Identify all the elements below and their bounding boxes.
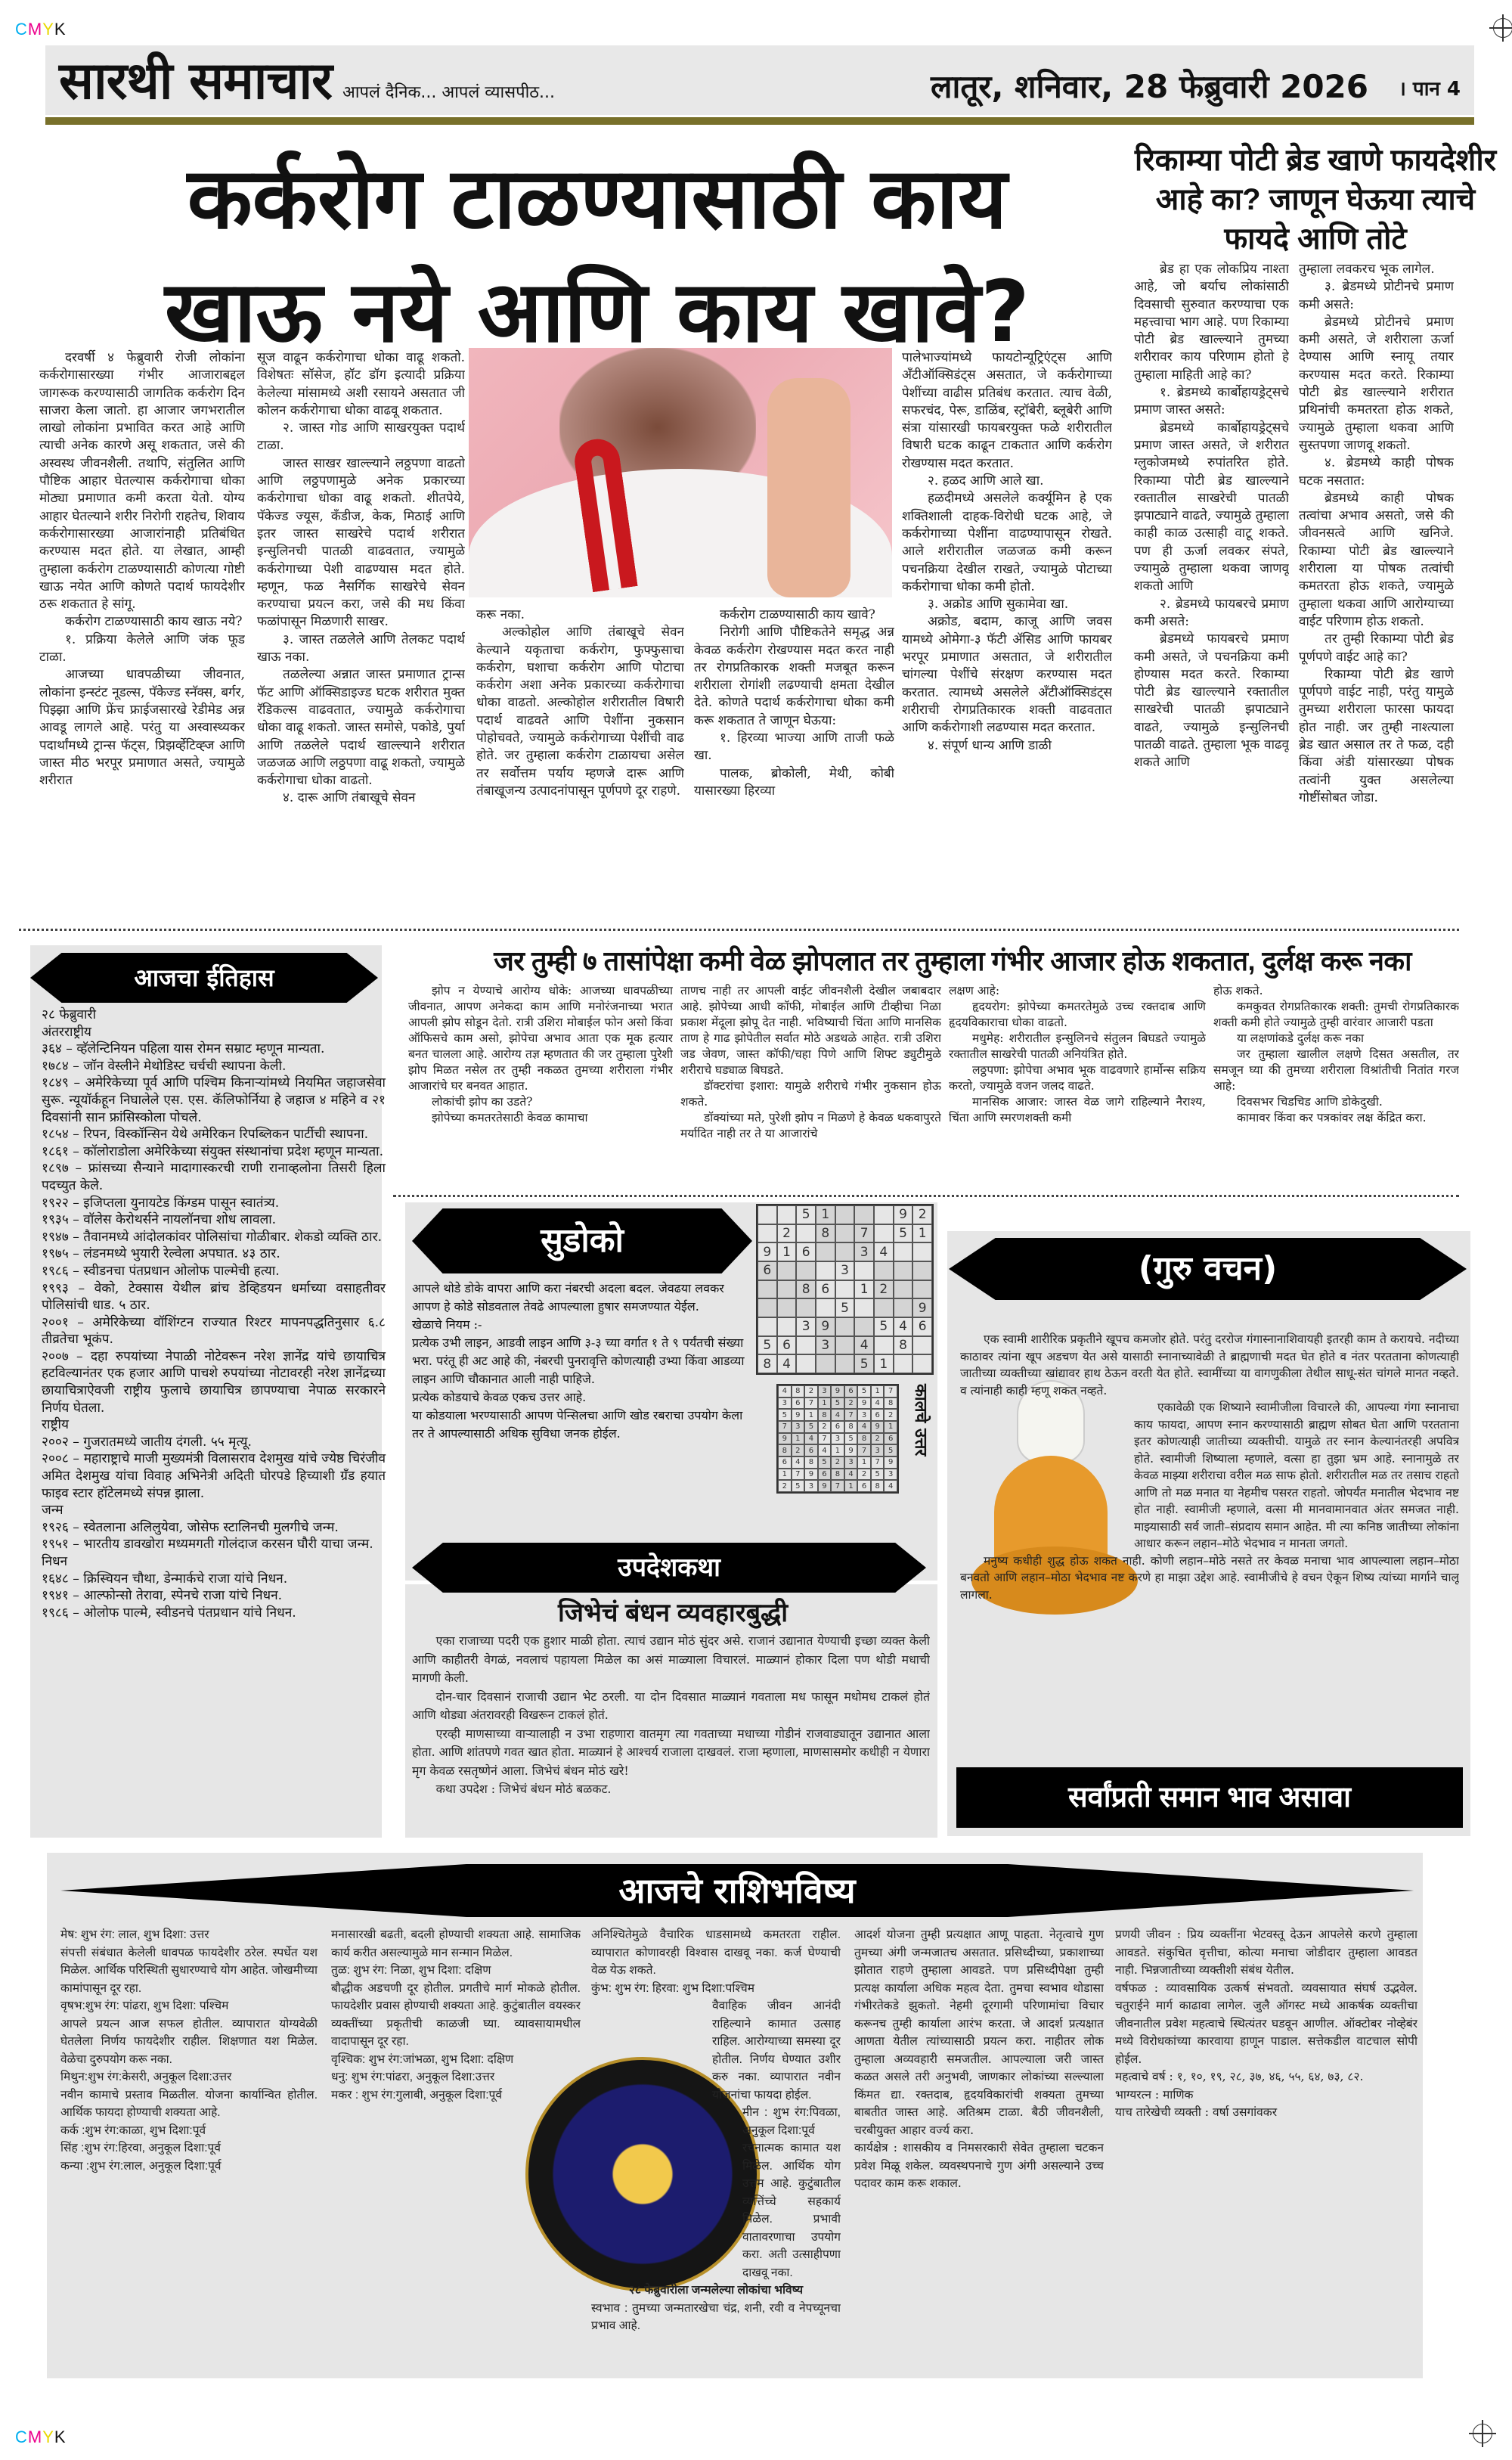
rashi-kark-header: कर्क :शुभ रंग:काळा, शुभ दिशा:पूर्व xyxy=(60,2122,318,2140)
rashi-kanya-header: कन्या :शुभ रंग:लाल, अनुकूल दिशा:पूर्व xyxy=(60,2158,318,2176)
sudoku-cell: 3 xyxy=(792,1421,805,1433)
history-item: १६४८ – क्रिस्चियन चौथा, डेन्मार्कचे राजा… xyxy=(42,1571,386,1588)
sudoku-cell[interactable] xyxy=(758,1298,777,1317)
sleep-headline: जर तुम्ही ७ तासांपेक्षा कमी वेळ झोपलात त… xyxy=(393,942,1512,979)
sudoku-cell: 8 xyxy=(857,1433,871,1445)
same-birthday-person: याच तारेखेची व्यक्ती : वर्षा उसगांवकर xyxy=(1115,2104,1417,2122)
sudoku-cell[interactable]: 3 xyxy=(796,1317,816,1336)
cmyk-print-mark-bottom: CMYK xyxy=(15,2427,67,2447)
cmyk-print-mark: CMYK xyxy=(15,20,67,39)
sudoku-cell: 4 xyxy=(778,1385,792,1398)
sudoku-cell[interactable]: 9 xyxy=(912,1298,932,1317)
sudoku-cell[interactable] xyxy=(777,1298,797,1317)
lead-col-2: सूज वाढून कर्करोगाचा धोका वाढू शकतो. विश… xyxy=(257,349,465,924)
sudoku-cell: 3 xyxy=(871,1444,885,1456)
sudoku-cell[interactable] xyxy=(835,1336,855,1355)
sudoku-cell[interactable]: 4 xyxy=(894,1317,913,1336)
sudoku-cell: 6 xyxy=(831,1421,844,1433)
sudoku-banner: सुडोको xyxy=(412,1208,752,1273)
sudoku-cell[interactable]: 4 xyxy=(777,1354,797,1373)
sudoku-cell: 8 xyxy=(884,1398,897,1410)
sudoku-cell: 5 xyxy=(818,1456,832,1469)
sudoku-cell[interactable] xyxy=(912,1336,932,1355)
sudoku-cell: 3 xyxy=(804,1480,818,1492)
upadesh-title: जिभेचं बंधन व्यवहारबुद्धी xyxy=(412,1594,934,1629)
sudoku-cell: 1 xyxy=(804,1409,818,1421)
sudoku-cell: 7 xyxy=(844,1409,858,1421)
rashi-vrushabh-header: वृषभ:शुभ रंग: पांढरा, शुभ दिशा: पश्चिम xyxy=(60,1997,318,2015)
sudoku-cell: 9 xyxy=(884,1456,897,1469)
sudoku-cell[interactable]: 8 xyxy=(894,1336,913,1355)
sudoku-cell[interactable]: 5 xyxy=(835,1298,855,1317)
sudoku-cell[interactable] xyxy=(894,1261,913,1280)
sudoku-cell: 1 xyxy=(844,1480,858,1492)
sudoku-cell[interactable] xyxy=(854,1205,874,1224)
sudoku-cell[interactable]: 5 xyxy=(874,1317,894,1336)
page-number: । पान 4 xyxy=(1399,74,1461,101)
sudoku-cell[interactable]: 9 xyxy=(894,1205,913,1224)
sudoku-cell[interactable]: 1 xyxy=(854,1280,874,1299)
rashi-kumbh-header: कुंभ: शुभ रंग: हिरवा: शुभ दिशा:पश्चिम xyxy=(591,1980,841,1998)
sudoku-cell: 7 xyxy=(818,1433,832,1445)
sleep-col-1: झोप न येण्याचे आरोग्य धोके: आजच्या धावपळ… xyxy=(408,983,673,1187)
history-item: १९३५ – वॉलेस केरोथर्सने नायलॉनचा शोध लाव… xyxy=(42,1211,386,1229)
sudoku-cell: 3 xyxy=(831,1433,844,1445)
sudoku-cell: 5 xyxy=(804,1421,818,1433)
sudoku-cell[interactable]: 2 xyxy=(912,1205,932,1224)
sudoku-cell[interactable]: 7 xyxy=(854,1224,874,1243)
rashi-dhanu-header: धनु: शुभ रंग:पांढरा, अनुकूल दिशा:उत्तर xyxy=(331,2068,581,2086)
sudoku-cell: 8 xyxy=(871,1480,885,1492)
sudoku-cell: 1 xyxy=(884,1421,897,1433)
sudoku-instructions: आपले थोडे डोके वापरा आणि करा नंबरची अदला… xyxy=(412,1280,748,1443)
sudoku-cell[interactable]: 1 xyxy=(912,1224,932,1243)
sudoku-cell[interactable] xyxy=(796,1224,816,1243)
history-item: २००८ – महाराष्ट्राचे माजी मुख्यमंत्री वि… xyxy=(42,1450,386,1502)
lead-col-5: पालेभाज्यांमध्ये फायटोन्यूट्रिएंट्स आणि … xyxy=(902,349,1112,924)
sudoku-cell[interactable] xyxy=(854,1317,874,1336)
stop-hand-icon xyxy=(767,378,850,597)
sudoku-cell: 2 xyxy=(871,1433,885,1445)
sudoku-cell[interactable]: 8 xyxy=(758,1354,777,1373)
sudoku-cell: 8 xyxy=(818,1409,832,1421)
sudoku-cell: 8 xyxy=(792,1385,805,1398)
sudoku-cell: 8 xyxy=(844,1421,858,1433)
sudoku-cell[interactable] xyxy=(758,1317,777,1336)
sudoku-cell: 4 xyxy=(844,1469,858,1481)
sudoku-cell: 2 xyxy=(831,1456,844,1469)
horoscope-col-4: आदर्श योजना तुम्ही प्रत्यक्षात आणू पाहता… xyxy=(854,1926,1104,2376)
sudoku-cell[interactable]: 2 xyxy=(777,1224,797,1243)
sudoku-cell: 4 xyxy=(884,1480,897,1492)
masthead-rule xyxy=(45,117,1474,125)
sudoku-cell: 7 xyxy=(871,1456,885,1469)
sudoku-cell: 6 xyxy=(884,1433,897,1445)
sudoku-cell: 4 xyxy=(818,1444,832,1456)
sudoku-cell[interactable] xyxy=(835,1224,855,1243)
sudoku-cell: 4 xyxy=(857,1421,871,1433)
sudoku-cell: 1 xyxy=(871,1385,885,1398)
sudoku-cell[interactable]: 8 xyxy=(796,1280,816,1299)
lead-col-4: कर्करोग टाळण्यासाठी काय खावे? निरोगी आणि… xyxy=(694,606,894,924)
sudoku-cell[interactable] xyxy=(777,1317,797,1336)
sudoku-cell: 9 xyxy=(831,1385,844,1398)
sudoku-cell: 4 xyxy=(871,1398,885,1410)
sudoku-cell: 2 xyxy=(818,1421,832,1433)
sudoku-cell: 7 xyxy=(857,1444,871,1456)
sudoku-cell[interactable] xyxy=(816,1242,835,1261)
history-item: १९७५ – लंडनमध्ये भुयारी रेल्वेला अपघात. … xyxy=(42,1246,386,1263)
sudoku-cell[interactable]: 9 xyxy=(816,1317,835,1336)
sleep-col-4: होऊ शकते. कमकुवत रोगप्रतिकारक शक्ती: तुम… xyxy=(1213,983,1459,1187)
sudoku-cell: 1 xyxy=(818,1398,832,1410)
side-headline: रिकाम्या पोटी ब्रेड खाणे फायदेशीर आहे का… xyxy=(1126,141,1504,259)
sudoku-cell[interactable]: 8 xyxy=(816,1224,835,1243)
history-item: ३६४ – व्हॅलेन्टिनियन पहिला यास रोमन सम्र… xyxy=(42,1041,386,1058)
history-item: १९८६ – स्वीडनचा पंतप्रधान ओलोफ पाल्मेची … xyxy=(42,1263,386,1280)
rashi-tul-header: तुळ: शुभ रंग: निळा, शुभ दिशा: दक्षिण xyxy=(331,1962,581,1980)
history-item: १९८६ – ओलोफ पाल्मे, स्वीडनचे पंतप्रधान य… xyxy=(42,1605,386,1622)
history-item: १८४९ – अमेरिकेच्या पूर्व आणि पश्चिम किना… xyxy=(42,1075,386,1126)
sudoku-cell[interactable] xyxy=(894,1298,913,1317)
sudoku-cell: 5 xyxy=(792,1480,805,1492)
history-item: १७८४ – जॉन वेस्लीने मेथोडिस्ट चर्चची स्थ… xyxy=(42,1058,386,1075)
sudoku-cell: 5 xyxy=(871,1469,885,1481)
dateline: लातूर, शनिवार, 28 फेब्रुवारी 2026 xyxy=(931,64,1368,107)
sudoku-cell[interactable]: 1 xyxy=(816,1205,835,1224)
sudoku-cell: 7 xyxy=(778,1421,792,1433)
sudoku-cell[interactable] xyxy=(777,1280,797,1299)
lead-photo-red-ribbon xyxy=(469,348,892,597)
sudoku-cell[interactable]: 9 xyxy=(758,1242,777,1261)
history-list: २८ फेब्रुवारी अंतरराष्ट्रीय ३६४ – व्हॅले… xyxy=(42,1002,386,1834)
sudoku-cell: 6 xyxy=(792,1398,805,1410)
lead-col-3: करू नका. अल्कोहोल आणि तंबाखूचे सेवन केल्… xyxy=(476,606,684,924)
sudoku-cell: 5 xyxy=(884,1444,897,1456)
rashi-vrushchik-header: वृश्चिक: शुभ रंग:जांभळा, शुभ दिशा: दक्षि… xyxy=(331,2051,581,2069)
rashi-meen-header: मीन : शुभ रंग:पिवळा, अनुकूल दिशा:पूर्व xyxy=(742,2104,841,2139)
sudoku-puzzle-grid[interactable]: 519228751916346386125939546563488451 xyxy=(756,1204,934,1375)
sudoku-cell: 6 xyxy=(804,1444,818,1456)
sudoku-cell[interactable] xyxy=(796,1354,816,1373)
history-item: १९२६ – स्वेतलाना अलिलुयेवा, जोसेफ स्टालि… xyxy=(42,1519,386,1537)
sudoku-cell[interactable]: 4 xyxy=(874,1242,894,1261)
sudoku-cell: 9 xyxy=(857,1398,871,1410)
sudoku-cell[interactable] xyxy=(816,1261,835,1280)
history-item: १८६१ – कॉलोराडोला अमेरिकेच्या संयुक्त सं… xyxy=(42,1143,386,1161)
sudoku-cell[interactable]: 6 xyxy=(816,1280,835,1299)
lead-col-1: दरवर्षी ४ फेब्रुवारी रोजी लोकांना कर्करो… xyxy=(39,349,245,924)
sudoku-cell[interactable] xyxy=(874,1205,894,1224)
sudoku-cell: 4 xyxy=(804,1433,818,1445)
sudoku-cell: 6 xyxy=(844,1385,858,1398)
horoscope-col-1: मेष: शुभ रंग: लाल, शुभ दिशा: उत्तर संपत्… xyxy=(60,1926,318,2376)
sudoku-cell: 9 xyxy=(804,1469,818,1481)
sudoku-cell[interactable]: 6 xyxy=(758,1261,777,1280)
rashi-sinh-header: सिंह :शुभ रंग:हिरवा, अनुकूल दिशा:पूर्व xyxy=(60,2139,318,2158)
history-banner: आजचा ईतिहास xyxy=(30,953,378,1003)
sudoku-cell: 3 xyxy=(778,1398,792,1410)
sleep-col-2: ताणच नाही तर आपली वाईट जीवनशैली देखील जब… xyxy=(680,983,941,1187)
upadesh-story: एका राजाच्या पदरी एक हुशार माळी होता. त्… xyxy=(412,1632,930,1836)
sudoku-cell[interactable] xyxy=(758,1280,777,1299)
rashi-mithun-header: मिथुन:शुभ रंग:केसरी, अनुकूल दिशा:उत्तर xyxy=(60,2068,318,2086)
sudoku-cell: 1 xyxy=(831,1444,844,1456)
masthead: सारथी समाचार आपलं दैनिक... आपलं व्यासपीठ… xyxy=(45,45,1474,115)
section-divider xyxy=(19,929,1459,931)
sudoku-cell[interactable]: 6 xyxy=(912,1317,932,1336)
sudoku-cell: 7 xyxy=(792,1469,805,1481)
sudoku-cell[interactable] xyxy=(874,1298,894,1317)
sudoku-cell: 5 xyxy=(857,1385,871,1398)
sudoku-cell[interactable] xyxy=(835,1280,855,1299)
sudoku-cell: 1 xyxy=(792,1433,805,1445)
sudoku-cell[interactable] xyxy=(912,1280,932,1299)
sudoku-cell[interactable] xyxy=(912,1354,932,1373)
sudoku-cell: 6 xyxy=(857,1480,871,1492)
sudoku-cell: 3 xyxy=(844,1456,858,1469)
sudoku-cell[interactable] xyxy=(758,1205,777,1224)
sudoku-cell: 6 xyxy=(818,1469,832,1481)
sudoku-cell[interactable] xyxy=(777,1205,797,1224)
sudoku-cell[interactable]: 2 xyxy=(874,1280,894,1299)
sudoku-cell[interactable]: 1 xyxy=(874,1354,894,1373)
sudoku-cell: 2 xyxy=(792,1444,805,1456)
sudoku-cell[interactable] xyxy=(874,1261,894,1280)
sudoku-cell: 8 xyxy=(804,1456,818,1469)
history-item: २००७ – दहा रुपयांच्या नेपाळी नोटेवरून नर… xyxy=(42,1348,386,1416)
history-item: २००२ – गुजरातमध्ये जातीय दंगली. ५५ मृत्य… xyxy=(42,1434,386,1451)
sudoku-cell[interactable] xyxy=(835,1205,855,1224)
registration-mark-icon xyxy=(1473,2424,1492,2443)
sudoku-cell[interactable]: 4 xyxy=(854,1336,874,1355)
sudoku-cell: 1 xyxy=(778,1469,792,1481)
sudoku-cell[interactable] xyxy=(796,1336,816,1355)
side-col-2: तुम्हाला लवकरच भूक लागेल. ३. ब्रेडमध्ये … xyxy=(1299,261,1454,926)
sudoku-cell[interactable] xyxy=(796,1298,816,1317)
sudoku-cell[interactable] xyxy=(912,1261,932,1280)
sudoku-cell[interactable] xyxy=(854,1261,874,1280)
sudoku-cell[interactable] xyxy=(912,1242,932,1261)
sudoku-cell[interactable] xyxy=(816,1298,835,1317)
sudoku-cell: 2 xyxy=(804,1385,818,1398)
sudoku-cell: 1 xyxy=(857,1456,871,1469)
sudoku-cell: 3 xyxy=(818,1385,832,1398)
section-divider xyxy=(393,1195,1459,1197)
sudoku-cell[interactable]: 6 xyxy=(796,1242,816,1261)
sudoku-cell: 6 xyxy=(871,1409,885,1421)
sudoku-cell[interactable]: 5 xyxy=(796,1205,816,1224)
sudoku-cell[interactable] xyxy=(835,1354,855,1373)
sudoku-cell[interactable] xyxy=(874,1336,894,1355)
sudoku-cell: 2 xyxy=(884,1409,897,1421)
sudoku-cell[interactable]: 3 xyxy=(854,1242,874,1261)
side-col-1: ब्रेड हा एक लोकप्रिय नाश्ता आहे, जो बर्य… xyxy=(1134,261,1289,926)
sudoku-cell: 9 xyxy=(818,1480,832,1492)
sudoku-cell: 8 xyxy=(831,1469,844,1481)
sudoku-cell[interactable] xyxy=(894,1354,913,1373)
history-item: १९२२ – इजिप्तला युनायटेड किंग्डम पासून स… xyxy=(42,1195,386,1212)
sudoku-cell: 4 xyxy=(792,1456,805,1469)
sudoku-cell: 7 xyxy=(804,1398,818,1410)
newspaper-title: सारथी समाचार xyxy=(59,56,332,107)
sudoku-cell[interactable] xyxy=(854,1298,874,1317)
history-item: २००१ – अमेरिकेच्या वॉशिंग्टन राज्यात रिश… xyxy=(42,1314,386,1348)
sudoku-cell: 5 xyxy=(844,1433,858,1445)
sudoku-cell: 9 xyxy=(871,1421,885,1433)
sudoku-cell: 9 xyxy=(792,1409,805,1421)
sudoku-cell: 5 xyxy=(831,1398,844,1410)
history-item: १९४७ – तैवानमध्ये आंदोलकांवर पोलिसांचा ग… xyxy=(42,1229,386,1246)
lead-headline: कर्करोग टाळण्यासाठी काय खाऊ नये आणि काय … xyxy=(60,142,1134,369)
guru-moral: सर्वांप्रती समान भाव असावा xyxy=(956,1767,1463,1828)
lucky-gem: भाग्यरत्न : माणिक xyxy=(1115,2086,1417,2105)
sudoku-cell[interactable]: 1 xyxy=(777,1242,797,1261)
rashi-mesh-header: मेष: शुभ रंग: लाल, शुभ दिशा: उत्तर xyxy=(60,1926,318,1944)
sudoku-cell[interactable]: 3 xyxy=(835,1261,855,1280)
sudoku-cell[interactable] xyxy=(796,1261,816,1280)
yesterday-answer-label: कालचे उत्तर xyxy=(906,1384,931,1456)
sudoku-cell[interactable] xyxy=(874,1224,894,1243)
important-years: महत्वाचे वर्ष : १, १०, १९, २८, ३७, ४६, ५… xyxy=(1115,2068,1417,2086)
sudoku-cell: 7 xyxy=(884,1385,897,1398)
sudoku-cell[interactable] xyxy=(758,1224,777,1243)
horoscope-col-5: प्रणयी जीवन : प्रिय व्यक्तींना भेटवस्तू … xyxy=(1115,1926,1417,2376)
newspaper-tagline: आपलं दैनिक... आपलं व्यासपीठ... xyxy=(342,80,555,103)
sudoku-cell: 3 xyxy=(857,1409,871,1421)
sleep-col-3: लक्षण आहे: हृदयरोग: झोपेच्या कमतरतेमुळे … xyxy=(949,983,1206,1187)
sudoku-cell[interactable]: 5 xyxy=(758,1336,777,1355)
sudoku-cell[interactable]: 3 xyxy=(816,1336,835,1355)
guru-story: एक स्वामी शारीरिक प्रकृतीने खूपच कमजोर ह… xyxy=(960,1331,1459,1702)
sudoku-cell: 2 xyxy=(844,1398,858,1410)
registration-mark-icon xyxy=(1493,18,1512,38)
rashi-makar-header: मकर : शुभ रंग:गुलाबी, अनुकूल दिशा:पूर्व xyxy=(331,2086,581,2105)
sudoku-cell[interactable] xyxy=(894,1242,913,1261)
sudoku-cell: 9 xyxy=(844,1444,858,1456)
sudoku-cell[interactable] xyxy=(835,1317,855,1336)
guru-banner: (गुरु वचन) xyxy=(949,1238,1467,1300)
history-item: १९५१ – भारतीय डावखोरा मध्यमगती गोलंदाज क… xyxy=(42,1536,386,1553)
sudoku-cell: 5 xyxy=(778,1409,792,1421)
sudoku-cell[interactable] xyxy=(777,1261,797,1280)
sudoku-cell[interactable]: 6 xyxy=(777,1336,797,1355)
sudoku-cell: 3 xyxy=(884,1469,897,1481)
history-item: १९४१ – आल्फोन्सो तेरावा, स्पेनचे राजा या… xyxy=(42,1587,386,1605)
sudoku-cell: 9 xyxy=(778,1433,792,1445)
sudoku-cell[interactable] xyxy=(835,1242,855,1261)
history-item: १९९३ – वेको, टेक्सास येथील ब्रांच डेव्हि… xyxy=(42,1280,386,1314)
horoscope-col-3: अनिश्चितेमुळे वैचारिक धाडसामध्ये कमतरता … xyxy=(591,1926,841,2376)
sudoku-cell: 2 xyxy=(778,1480,792,1492)
history-item: १८५४ – रिपन, विस्कॉन्सिन येथे अमेरिकन रि… xyxy=(42,1126,386,1143)
sudoku-cell[interactable]: 5 xyxy=(854,1354,874,1373)
sudoku-cell[interactable]: 5 xyxy=(894,1224,913,1243)
sudoku-cell: 6 xyxy=(778,1456,792,1469)
upadesh-banner: उपदेशकथा xyxy=(412,1543,926,1593)
sudoku-cell: 8 xyxy=(778,1444,792,1456)
sudoku-cell[interactable] xyxy=(894,1280,913,1299)
sudoku-cell: 7 xyxy=(831,1480,844,1492)
sudoku-cell: 2 xyxy=(857,1469,871,1481)
sudoku-cell[interactable] xyxy=(816,1354,835,1373)
sudoku-answer-grid: 4823965173671529485918473627352684919147… xyxy=(776,1384,899,1494)
sudoku-cell: 4 xyxy=(831,1409,844,1421)
history-item: १८९७ – फ्रांसच्या सैन्याने मादागास्करची … xyxy=(42,1160,386,1194)
